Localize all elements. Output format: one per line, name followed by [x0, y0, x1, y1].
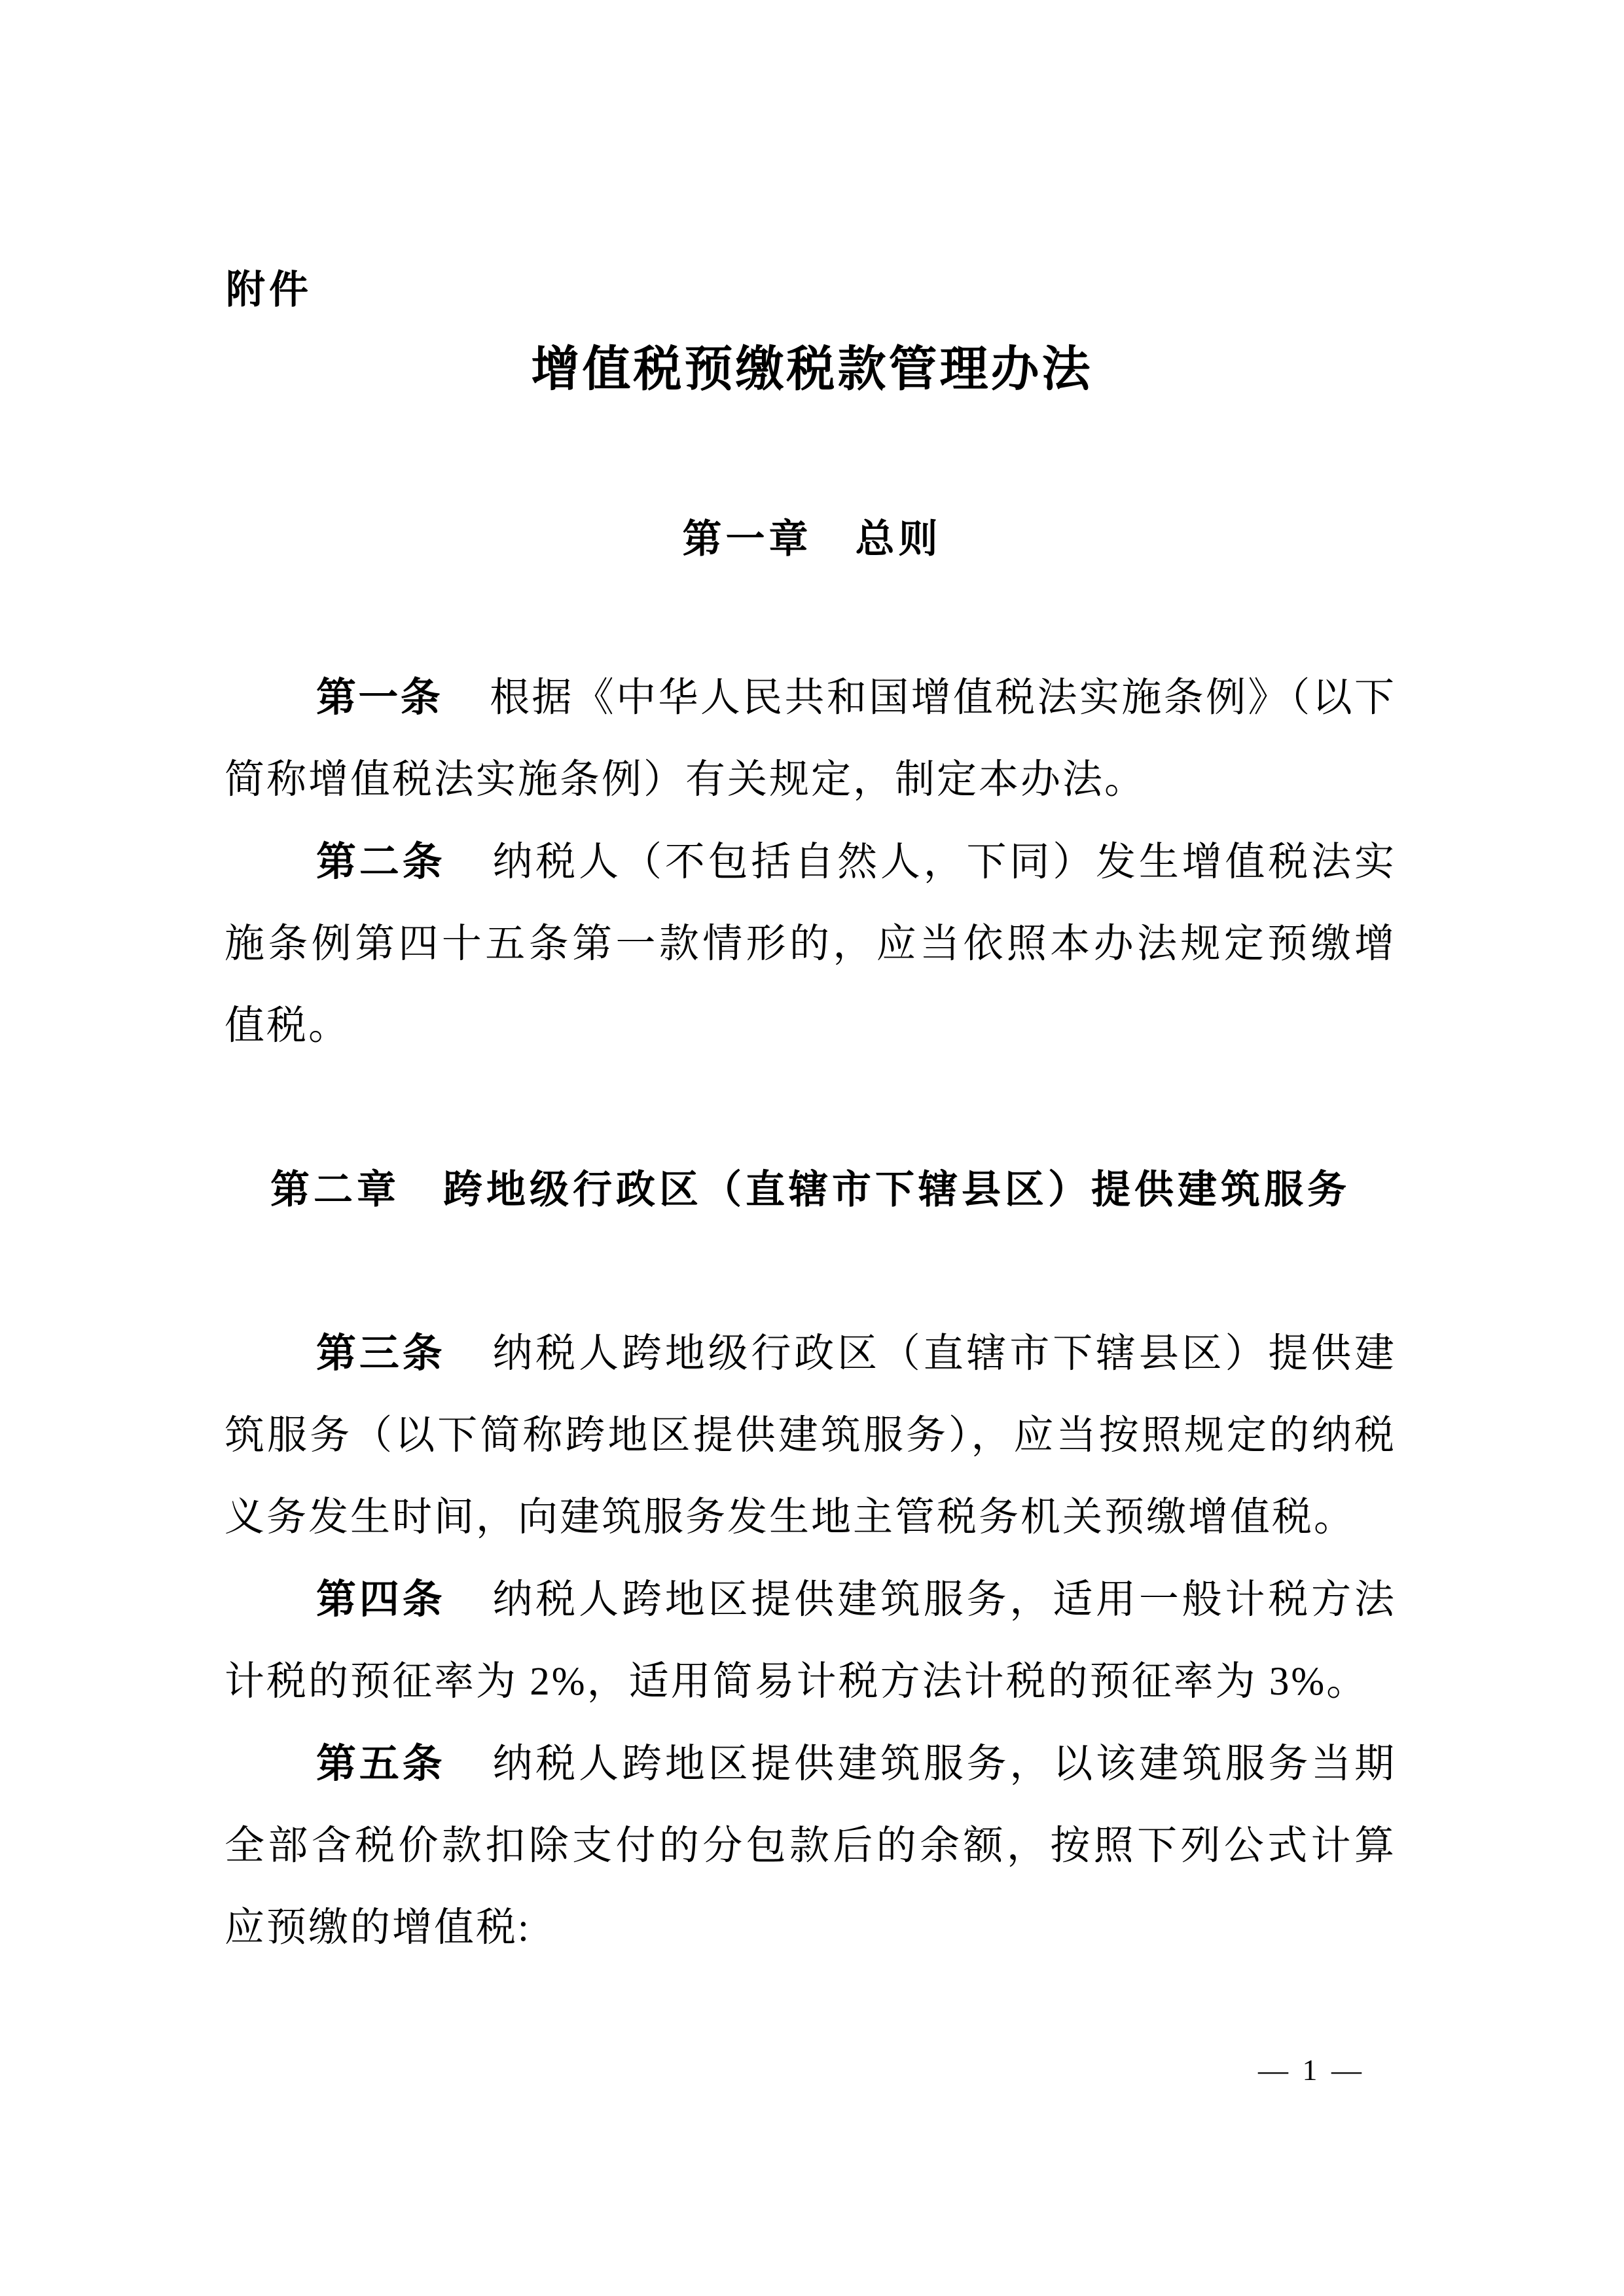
document-page: 附件 增值税预缴税款管理办法 第一章 总则 第一条根据《中华人民共和国增值税法实…: [0, 0, 1624, 2296]
article-2-label: 第二条: [316, 839, 445, 884]
chapter-2-heading: 第二章 跨地级行政区（直辖市下辖县区）提供建筑服务: [225, 1149, 1396, 1230]
blank-line: [225, 1067, 1396, 1149]
article-1-label: 第一条: [316, 675, 442, 719]
article-5-label: 第五条: [316, 1741, 445, 1785]
page-number: — 1 —: [1258, 2050, 1365, 2090]
attachment-label: 附件: [226, 265, 312, 315]
article-5: 第五条纳税人跨地区提供建筑服务，以该建筑服务当期全部含税价款扣除支付的分包款后的…: [225, 1723, 1396, 1969]
article-1: 第一条根据《中华人民共和国增值税法实施条例》（以下简称增值税法实施条例）有关规定…: [225, 656, 1396, 821]
document-title: 增值税预缴税款管理办法: [0, 340, 1624, 399]
article-2: 第二条纳税人（不包括自然人，下同）发生增值税法实施条例第四十五条第一款情形的，应…: [225, 821, 1396, 1067]
blank-line: [225, 1230, 1396, 1312]
chapter-1-heading: 第一章 总则: [0, 510, 1624, 569]
document-body: 第一条根据《中华人民共和国增值税法实施条例》（以下简称增值税法实施条例）有关规定…: [225, 656, 1396, 1969]
article-3: 第三条纳税人跨地级行政区（直辖市下辖县区）提供建筑服务（以下简称跨地区提供建筑服…: [225, 1312, 1396, 1558]
article-4: 第四条纳税人跨地区提供建筑服务，适用一般计税方法计税的预征率为 2%，适用简易计…: [225, 1558, 1396, 1723]
article-3-label: 第三条: [316, 1331, 445, 1375]
article-4-label: 第四条: [316, 1577, 445, 1621]
